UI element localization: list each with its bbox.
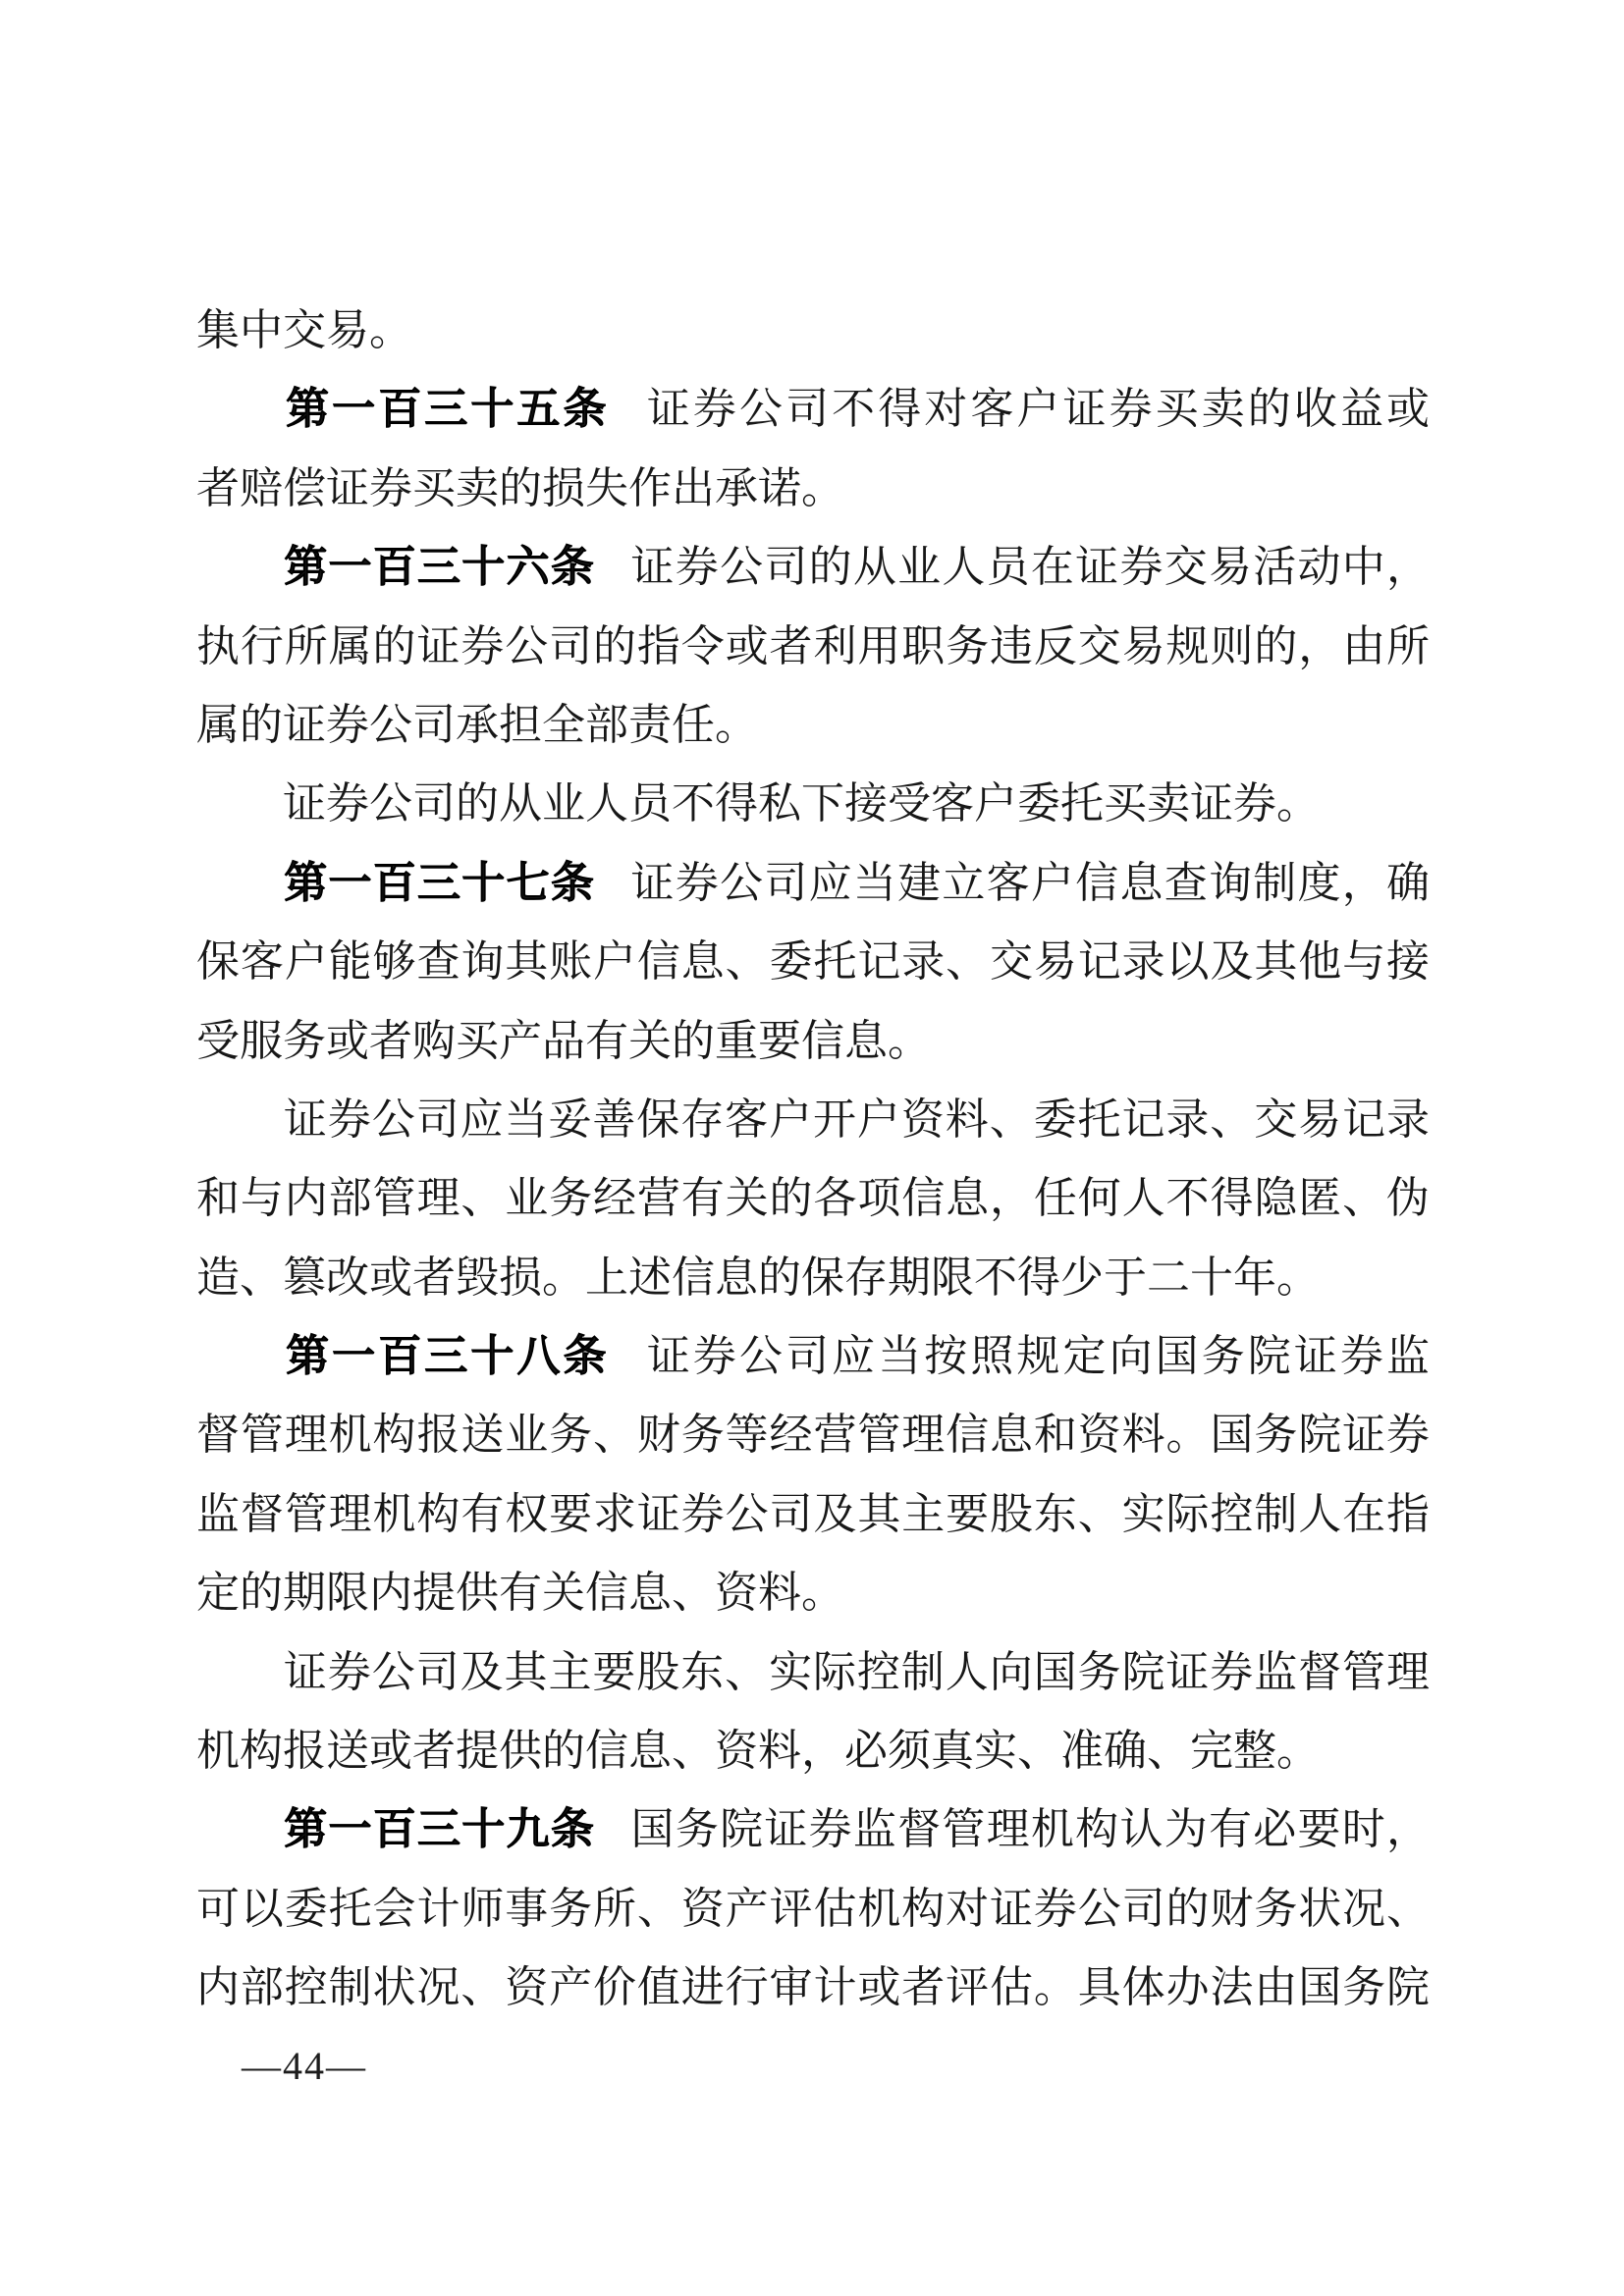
text-line: 监督管理机构有权要求证券公司及其主要股东、实际控制人在指 [196, 1475, 1430, 1554]
text-line: 和与内部管理、业务经营有关的各项信息，任何人不得隐匿、伪 [196, 1159, 1430, 1238]
article-gap [595, 896, 629, 897]
text-line: 定的期限内提供有关信息、资料。 [196, 1554, 1430, 1632]
text-line: 督管理机构报送业务、财务等经营管理信息和资料。国务院证券 [196, 1396, 1430, 1474]
text-line: 执行所属的证券公司的指令或者利用职务违反交易规则的，由所 [196, 608, 1430, 686]
text-line: 第一百三十五条证券公司不得对客户证券买卖的收益或 [196, 370, 1430, 449]
line-text: 证券公司应当建立客户信息查询制度，确 [629, 859, 1430, 907]
paragraph-indent [196, 817, 283, 818]
line-text: 造、篡改或者毁损。上述信息的保存期限不得少于二十年。 [196, 1254, 1320, 1302]
paragraph-indent [196, 1842, 283, 1843]
line-text: 证券公司的从业人员在证券交易活动中， [629, 543, 1430, 591]
paragraph-indent [196, 896, 283, 897]
text-line: 证券公司应当妥善保存客户开户资料、委托记录、交易记录 [196, 1081, 1430, 1159]
text-line: 保客户能够查询其账户信息、委托记录、交易记录以及其他与接 [196, 923, 1430, 1001]
line-text: 证券公司应当按照规定向国务院证券监 [644, 1332, 1430, 1380]
article-number: 第一百三十六条 [283, 543, 595, 591]
line-text: 证券公司的从业人员不得私下接受客户委托买卖证券。 [283, 779, 1320, 828]
text-line: 属的证券公司承担全部责任。 [196, 686, 1430, 765]
line-text: 可以委托会计师事务所、资产评估机构对证券公司的财务状况、 [196, 1885, 1430, 1933]
line-text: 证券公司应当妥善保存客户开户资料、委托记录、交易记录 [283, 1095, 1430, 1144]
text-line: 造、篡改或者毁损。上述信息的保存期限不得少于二十年。 [196, 1239, 1430, 1317]
text-line: 受服务或者购买产品有关的重要信息。 [196, 1002, 1430, 1081]
text-line: 内部控制状况、资产价值进行审计或者评估。具体办法由国务院 [196, 1949, 1430, 2027]
line-text: 定的期限内提供有关信息、资料。 [196, 1569, 844, 1617]
paragraph-indent [196, 580, 283, 581]
line-text: 机构报送或者提供的信息、资料，必须真实、准确、完整。 [196, 1727, 1320, 1775]
paragraph-indent [196, 1369, 283, 1370]
text-line: 第一百三十六条证券公司的从业人员在证券交易活动中， [196, 528, 1430, 607]
line-text: 内部控制状况、资产价值进行审计或者评估。具体办法由国务院 [196, 1963, 1430, 2011]
line-text: 集中交易。 [196, 306, 412, 354]
article-number: 第一百三十八条 [283, 1332, 610, 1380]
article-gap [610, 422, 644, 423]
line-text: 者赔偿证券买卖的损失作出承诺。 [196, 464, 844, 512]
text-line: 机构报送或者提供的信息、资料，必须真实、准确、完整。 [196, 1712, 1430, 1790]
text-line: 可以委托会计师事务所、资产评估机构对证券公司的财务状况、 [196, 1870, 1430, 1949]
document-page: 集中交易。第一百三十五条证券公司不得对客户证券买卖的收益或者赔偿证券买卖的损失作… [0, 0, 1624, 2296]
text-line: 第一百三十七条证券公司应当建立客户信息查询制度，确 [196, 844, 1430, 923]
line-text: 执行所属的证券公司的指令或者利用职务违反交易规则的，由所 [196, 622, 1430, 670]
text-line: 者赔偿证券买卖的损失作出承诺。 [196, 450, 1430, 528]
line-text: 属的证券公司承担全部责任。 [196, 701, 758, 749]
article-number: 第一百三十九条 [283, 1805, 595, 1853]
paragraph-indent [196, 422, 283, 423]
text-line: 集中交易。 [196, 292, 1430, 370]
article-gap [595, 580, 629, 581]
line-text: 保客户能够查询其账户信息、委托记录、交易记录以及其他与接 [196, 937, 1430, 986]
text-line: 证券公司及其主要股东、实际控制人向国务院证券监督管理 [196, 1633, 1430, 1712]
line-text: 国务院证券监督管理机构认为有必要时， [629, 1805, 1430, 1853]
paragraph-indent [196, 1685, 283, 1686]
line-text: 证券公司不得对客户证券买卖的收益或 [644, 385, 1430, 433]
article-number: 第一百三十五条 [283, 385, 610, 433]
line-text: 监督管理机构有权要求证券公司及其主要股东、实际控制人在指 [196, 1490, 1430, 1538]
paragraph-indent [196, 1133, 283, 1134]
text-block: 集中交易。第一百三十五条证券公司不得对客户证券买卖的收益或者赔偿证券买卖的损失作… [196, 292, 1430, 2028]
line-text: 督管理机构报送业务、财务等经营管理信息和资料。国务院证券 [196, 1411, 1430, 1459]
article-number: 第一百三十七条 [283, 859, 595, 907]
article-gap [595, 1842, 629, 1843]
line-text: 证券公司及其主要股东、实际控制人向国务院证券监督管理 [283, 1648, 1430, 1696]
article-gap [610, 1369, 644, 1370]
text-line: 证券公司的从业人员不得私下接受客户委托买卖证券。 [196, 765, 1430, 843]
page-number: —44— [242, 2044, 367, 2089]
text-line: 第一百三十九条国务院证券监督管理机构认为有必要时， [196, 1790, 1430, 1869]
line-text: 和与内部管理、业务经营有关的各项信息，任何人不得隐匿、伪 [196, 1174, 1430, 1222]
line-text: 受服务或者购买产品有关的重要信息。 [196, 1017, 931, 1065]
text-line: 第一百三十八条证券公司应当按照规定向国务院证券监 [196, 1317, 1430, 1396]
